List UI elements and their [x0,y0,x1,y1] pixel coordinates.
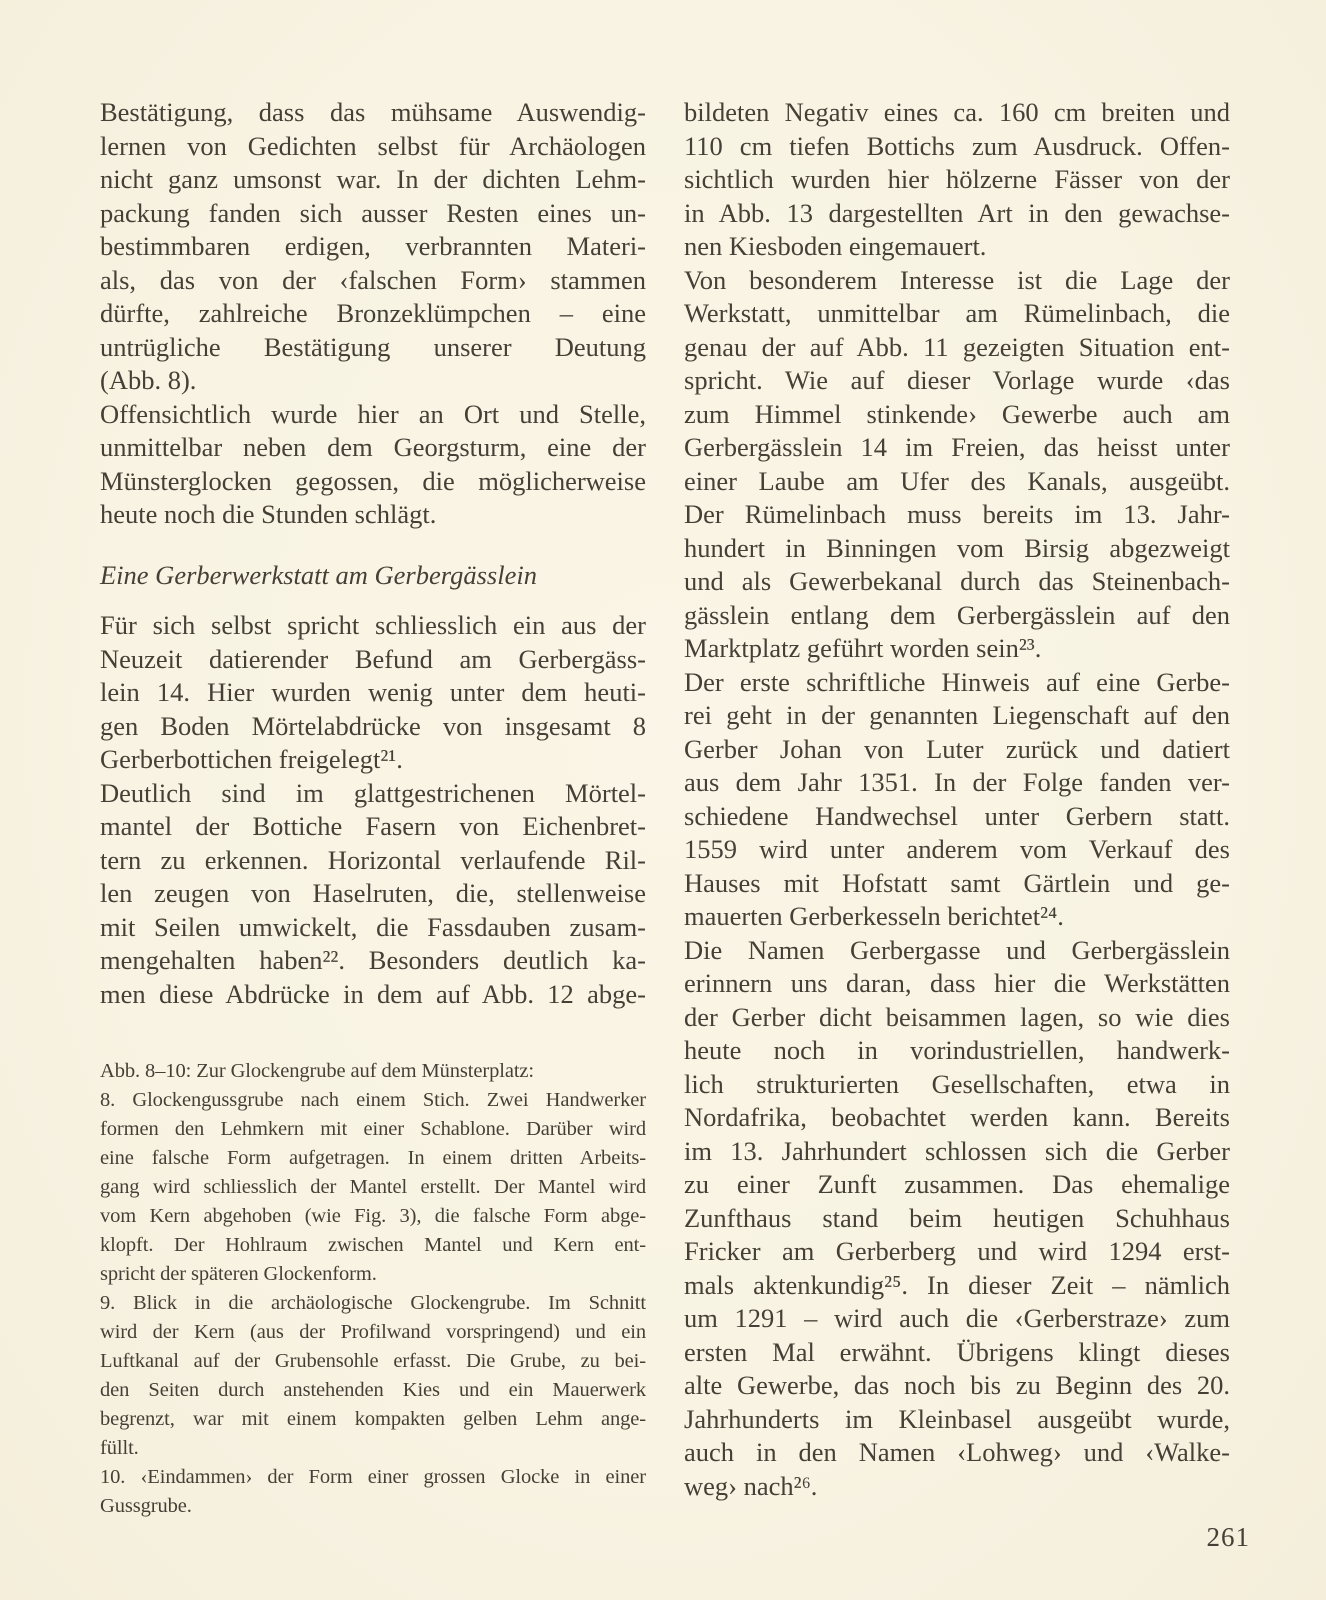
paragraph-bildeten: bildeten Negativ eines ca. 160 cm breite… [684,96,1230,264]
text-line: formen den Lehmkern mit einer Schablone.… [100,1115,646,1144]
text-line: Neuzeit datierender Befund am Gerbergäss… [100,643,646,677]
text-line: im 13. Jahrhundert schlossen sich die Ge… [684,1135,1230,1169]
text-line: 110 cm tiefen Bottichs zum Ausdruck. Off… [684,130,1230,164]
text-line: unmittelbar neben dem Georgsturm, eine d… [100,431,646,465]
text-line: und als Gewerbekanal durch das Steinenba… [684,565,1230,599]
text-line: Zunfthaus stand beim heutigen Schuhhaus [684,1202,1230,1236]
text-line: mengehalten haben²². Besonders deutlich … [100,944,646,978]
caption-abb9: 9. Blick in die archäologische Glockengr… [100,1289,646,1463]
text-line: hundert in Binningen vom Birsig abgezwei… [684,532,1230,566]
text-line: aus dem Jahr 1351. In der Folge fanden v… [684,766,1230,800]
text-line: alte Gewerbe, das noch bis zu Beginn des… [684,1369,1230,1403]
text-line: Gussgrube. [100,1492,646,1521]
text-line: ersten Mal erwähnt. Übrigens klingt dies… [684,1336,1230,1370]
text-line: nen Kiesboden eingemauert. [684,230,1230,264]
text-line: Für sich selbst spricht schliesslich ein… [100,609,646,643]
text-line: Hauses mit Hofstatt samt Gärtlein und ge… [684,867,1230,901]
text-line: dürfte, zahlreiche Bronzeklümpchen – ein… [100,297,646,331]
text-line: Der erste schriftliche Hinweis auf eine … [684,666,1230,700]
text-line: packung fanden sich ausser Resten eines … [100,197,646,231]
text-line: lein 14. Hier wurden wenig unter dem heu… [100,676,646,710]
caption-title: Abb. 8–10: Zur Glockengrube auf dem Müns… [100,1057,646,1086]
text-line: lernen von Gedichten selbst für Archäolo… [100,130,646,164]
text-line: sichtlich wurden hier hölzerne Fässer vo… [684,163,1230,197]
text-line: Abb. 8–10: Zur Glockengrube auf dem Müns… [100,1057,646,1086]
text-line: gang wird schliesslich der Mantel erstel… [100,1173,646,1202]
text-line: gässlein entlang dem Gerbergässlein auf … [684,599,1230,633]
text-line: Münsterglocken gegossen, die möglicherwe… [100,465,646,499]
text-line: einer Laube am Ufer des Kanals, ausgeübt… [684,465,1230,499]
text-line: schiedene Handwechsel unter Gerbern stat… [684,800,1230,834]
text-line: heute noch in vorindustriellen, handwerk… [684,1034,1230,1068]
text-line: Deutlich sind im glattgestrichenen Mörte… [100,777,646,811]
text-line: Eine Gerberwerkstatt am Gerbergässlein [100,559,646,593]
text-line: Marktplatz geführt worden sein²³. [684,632,1230,666]
text-line: Gerber Johan von Luter zurück und datier… [684,733,1230,767]
text-line: auch in den Namen ‹Lohweg› und ‹Walke- [684,1436,1230,1470]
text-line: len zeugen von Haselruten, die, stellenw… [100,877,646,911]
text-line: Von besonderem Interesse ist die Lage de… [684,264,1230,298]
text-line: weg› nach²⁶. [684,1470,1230,1504]
book-page: Bestätigung, dass das mühsame Auswendig-… [0,0,1326,1600]
text-line: Die Namen Gerbergasse und Gerbergässlein [684,934,1230,968]
text-line: (Abb. 8). [100,364,646,398]
text-line: zu einer Zunft zusammen. Das ehemalige [684,1168,1230,1202]
text-line: bildeten Negativ eines ca. 160 cm breite… [684,96,1230,130]
text-line: der Gerber dicht beisammen lagen, so wie… [684,1001,1230,1035]
text-line: Der Rümelinbach muss bereits im 13. Jahr… [684,498,1230,532]
text-line: füllt. [100,1434,646,1463]
text-line: 9. Blick in die archäologische Glockengr… [100,1289,646,1318]
text-line: spricht. Wie auf dieser Vorlage wurde ‹d… [684,364,1230,398]
text-line: zum Himmel stinkende› Gewerbe auch am [684,398,1230,432]
caption-abb10: 10. ‹Eindammen› der Form einer grossen G… [100,1463,646,1521]
text-line: Gerbergässlein 14 im Freien, das heisst … [684,431,1230,465]
text-columns: Bestätigung, dass das mühsame Auswendig-… [100,96,1230,1521]
text-line: 10. ‹Eindammen› der Form einer grossen G… [100,1463,646,1492]
text-line: mals aktenkundig²⁵. In dieser Zeit – näm… [684,1269,1230,1303]
text-line: erinnern uns daran, dass hier die Werkst… [684,967,1230,1001]
text-line: klopft. Der Hohlraum zwischen Mantel und… [100,1231,646,1260]
text-line: um 1291 – wird auch die ‹Gerberstraze› z… [684,1302,1230,1336]
text-line: begrenzt, war mit einem kompakten gelben… [100,1405,646,1434]
paragraph-die-namen: Die Namen Gerbergasse und Gerbergässlein… [684,934,1230,1504]
text-line: vom Kern abgehoben (wie Fig. 3), die fal… [100,1202,646,1231]
text-line: genau der auf Abb. 11 gezeigten Situatio… [684,331,1230,365]
paragraph-fuer-sich: Für sich selbst spricht schliesslich ein… [100,609,646,777]
text-line: wird der Kern (aus der Profilwand vorspr… [100,1318,646,1347]
paragraph-deutlich: Deutlich sind im glattgestrichenen Mörte… [100,777,646,1012]
text-line: mauerten Gerberkesseln berichtet²⁴. [684,900,1230,934]
text-line: den Seiten durch anstehenden Kies und ei… [100,1376,646,1405]
text-line: 8. Glockengussgrube nach einem Stich. Zw… [100,1086,646,1115]
column-left: Bestätigung, dass das mühsame Auswendig-… [100,96,646,1521]
text-line: men diese Abdrücke in dem auf Abb. 12 ab… [100,978,646,1012]
paragraph-offensichtlich: Offensichtlich wurde hier an Ort und Ste… [100,398,646,532]
text-line: Luftkanal auf der Grubensohle erfasst. D… [100,1347,646,1376]
text-line: nicht ganz umsonst war. In der dichten L… [100,163,646,197]
text-line: Jahrhunderts im Kleinbasel ausgeübt wurd… [684,1403,1230,1437]
paragraph-der-erste: Der erste schriftliche Hinweis auf eine … [684,666,1230,934]
column-right: bildeten Negativ eines ca. 160 cm breite… [684,96,1230,1521]
text-line: in Abb. 13 dargestellten Art in den gewa… [684,197,1230,231]
text-line: Bestätigung, dass das mühsame Auswendig- [100,96,646,130]
text-line: eine falsche Form aufgetragen. In einem … [100,1144,646,1173]
text-line: Fricker am Gerberberg und wird 1294 erst… [684,1235,1230,1269]
text-line: 1559 wird unter anderem vom Verkauf des [684,833,1230,867]
text-line: gen Boden Mörtelabdrücke von insgesamt 8 [100,710,646,744]
page-number: 261 [1207,1522,1251,1553]
text-line: rei geht in der genannten Liegenschaft a… [684,699,1230,733]
text-line: Gerberbottichen freigelegt²¹. [100,743,646,777]
caption-abb8: 8. Glockengussgrube nach einem Stich. Zw… [100,1086,646,1289]
text-line: mit Seilen umwickelt, die Fassdauben zus… [100,911,646,945]
paragraph-bestaetigung: Bestätigung, dass das mühsame Auswendig-… [100,96,646,398]
text-line: tern zu erkennen. Horizontal verlaufende… [100,844,646,878]
text-line: lich strukturierten Gesellschaften, etwa… [684,1068,1230,1102]
text-line: Nordafrika, beobachtet werden kann. Bere… [684,1101,1230,1135]
text-line: bestimmbaren erdigen, verbrannten Materi… [100,230,646,264]
text-line: Werkstatt, unmittelbar am Rümelinbach, d… [684,297,1230,331]
text-line: spricht der späteren Glockenform. [100,1260,646,1289]
paragraph-von-besonderem: Von besonderem Interesse ist die Lage de… [684,264,1230,666]
text-line: als, das von der ‹falschen Form› stammen [100,264,646,298]
text-line: mantel der Bottiche Fasern von Eichenbre… [100,810,646,844]
text-line: untrügliche Bestätigung unserer Deutung [100,331,646,365]
text-line: heute noch die Stunden schlägt. [100,498,646,532]
section-heading: Eine Gerberwerkstatt am Gerbergässlein [100,559,646,593]
text-line: Offensichtlich wurde hier an Ort und Ste… [100,398,646,432]
